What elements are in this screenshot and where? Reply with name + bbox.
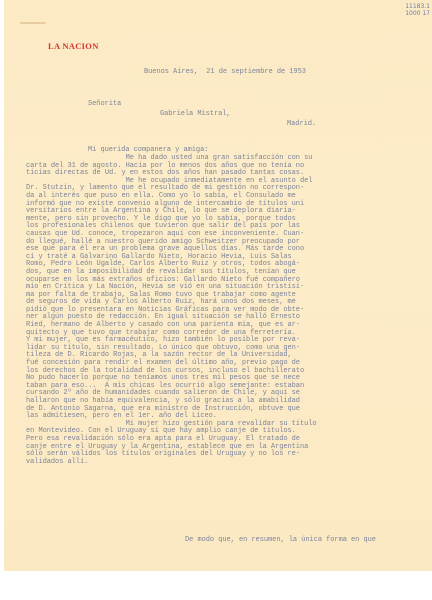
recipient-title: Señorita xyxy=(88,101,121,109)
paper-smudge xyxy=(20,22,46,24)
archive-note-line: 11183.1 xyxy=(405,3,430,10)
letterhead: LA NACION xyxy=(48,41,99,51)
recipient-name: Gabriela Mistral, xyxy=(160,111,231,119)
archive-note-line: 1000 17 xyxy=(405,10,430,17)
closing-fragment: De modo que, en resumen, la única forma … xyxy=(185,537,376,545)
letter-body: Me ha dado usted una gran satisfacción c… xyxy=(26,155,432,466)
dateline: Buenos Aires, 21 de septiembre de 1953 xyxy=(144,69,306,77)
letter-sheet: 11183.1 1000 17 LA NACION Buenos Aires, … xyxy=(4,0,432,571)
archive-note: 11183.1 1000 17 xyxy=(405,3,430,17)
recipient-city: Madrid. xyxy=(287,121,316,129)
letter-line: validados allí. xyxy=(26,459,432,467)
